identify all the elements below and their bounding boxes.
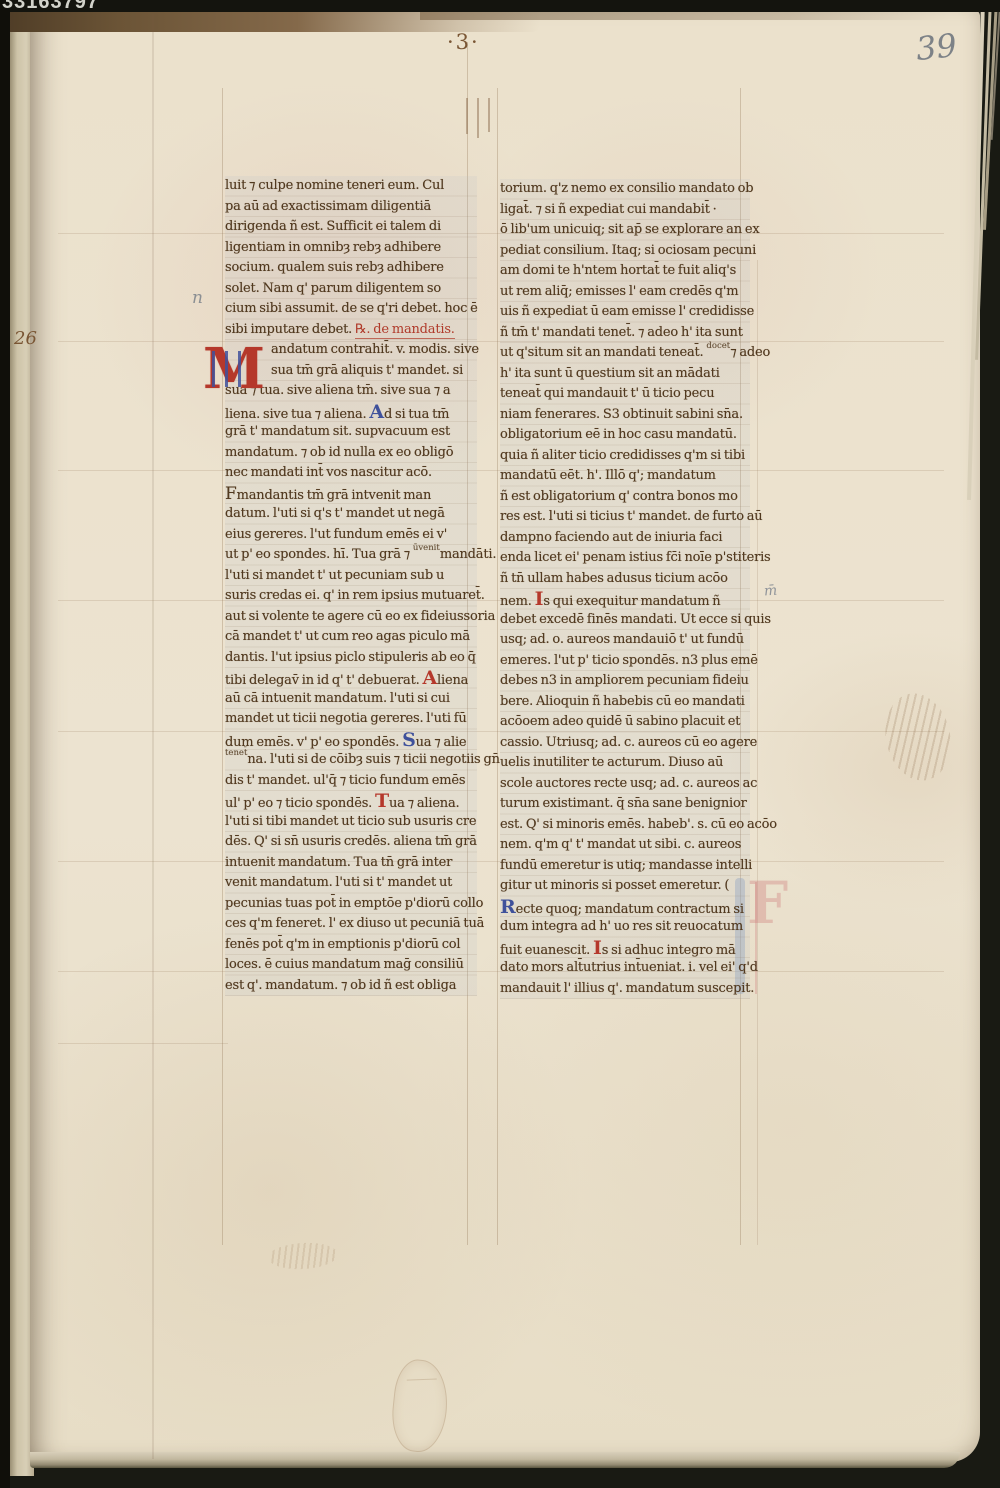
manuscript-line: h' ita sunt ū questium sit an mādati	[500, 364, 750, 385]
decorated-initial-m: M	[203, 341, 265, 397]
ruling-line-right-outer	[757, 260, 758, 1245]
ruling-line-center-b	[497, 88, 498, 1245]
manuscript-line: torium. q'z nemo ex consilio mandato ob	[500, 179, 750, 200]
manuscript-line: debes n3 in ampliorem pecuniam fideiu	[500, 671, 750, 692]
manuscript-line: dis t' mandet. ul'q̄ ⁊ ticio fundum emēs	[225, 771, 477, 792]
manuscript-line: nem. q'm q' t' mandat ut sibi. c. aureos	[500, 835, 750, 856]
manuscript-line: ligentiam in omnibȝ rebȝ adhibere	[225, 238, 477, 259]
manuscript-line: suris credas ei. q' in rem ipsius mutuar…	[225, 586, 477, 607]
manuscript-line: loces. ē cuius mandatum maḡ consiliū	[225, 955, 477, 976]
manuscript-line: dato mors alt̄utrius int̄ueniat. i. vel …	[500, 958, 750, 979]
manuscript-line: dirigenda ñ est. Sufficit ei talem di	[225, 217, 477, 238]
manuscript-line: l'uti si tibi mandet ut ticio sub usuris…	[225, 812, 477, 833]
manuscript-line: acōoem adeo quidē ū sabino placuit et	[500, 712, 750, 733]
manuscript-line: uelis inutiliter te acturum. Diuso aū	[500, 753, 750, 774]
manuscript-line: dampno faciendo aut de iniuria faci	[500, 528, 750, 549]
manuscript-line: ñ est obligatorium q' contra bonos mo	[500, 487, 750, 508]
manuscript-line: ō lib'um unicuiq; sit ap̄ se explorare a…	[500, 220, 750, 241]
manuscript-line: turum existimant. q̄ sn̄a sane benignior	[500, 794, 750, 815]
margin-note-m: m̄	[763, 583, 777, 600]
manuscript-line: ut p' eo spondes. hī. Tua grā ⁊ ūvenitma…	[225, 545, 477, 566]
ruling-line-left-col	[222, 88, 223, 1245]
manuscript-line: ñ tn̄ ullam habes adusus ticium acōo	[500, 569, 750, 590]
manuscript-line: Recte quoq; mandatum contractum si	[500, 897, 750, 918]
page-bottom-edge	[30, 1452, 960, 1468]
manuscript-line: cā mandet t' ut cum reo agas piculo mā	[225, 627, 477, 648]
manuscript-line: ces q'm feneret. l' ex diuso ut pecuniā …	[225, 914, 477, 935]
text-column-right: torium. q'z nemo ex consilio mandato obl…	[500, 179, 750, 999]
manuscript-line: mandatū eēt. h'. Illō q'; mandatum	[500, 466, 750, 487]
folio-number: 39	[914, 26, 958, 68]
manuscript-line: fenēs pot̄ q'm in emptionis p'diorū col	[225, 935, 477, 956]
manuscript-line: socium. qualem suis rebȝ adhibere	[225, 258, 477, 279]
manuscript-line: liena. sive tua ⁊ aliena. Ad si tua tm̄	[225, 402, 477, 423]
manuscript-line: pecunias tuas pot̄ in emptōe p'diorū col…	[225, 894, 477, 915]
manuscript-line: dēs. Q' si sn̄ usuris credēs. aliena tm̄…	[225, 832, 477, 853]
manuscript-line: dantis. l'ut ipsius piclo stipuleris ab …	[225, 648, 477, 669]
margin-number: 26	[14, 328, 37, 349]
manuscript-line: luit ⁊ culpe nomine teneri eum. Cul	[225, 176, 477, 197]
manuscript-line: niam fenerares. S3 obtinuit sabini sn̄a.	[500, 405, 750, 426]
manuscript-line: uis ñ expediat ū eam emisse l' credidiss…	[500, 302, 750, 323]
text-column-left: luit ⁊ culpe nomine teneri eum. Culpa aū…	[225, 176, 477, 996]
manuscript-photo: { "page": { "folio_number": "39", "quire…	[0, 0, 1000, 1488]
manuscript-line: dum integra ad h' uo res sit reuocatum	[500, 917, 750, 938]
manuscript-line: l'uti si mandet t' ut pecuniam sub u	[225, 566, 477, 587]
manuscript-line: ul' p' eo ⁊ ticio spondēs. Tua ⁊ aliena.	[225, 791, 477, 812]
manuscript-line: nem. Is qui exequitur mandatum ñ	[500, 589, 750, 610]
manuscript-line: res est. l'uti si ticius t' mandet. de f…	[500, 507, 750, 528]
quire-mark: ·3·	[447, 30, 480, 54]
gutter-shadow	[0, 0, 10, 1488]
manuscript-line: grā t' mandatum sit. supvacuum est	[225, 422, 477, 443]
manuscript-line: bere. Alioquin ñ habebis cū eo mandati	[500, 692, 750, 713]
shelfmark-stamp: 33163797	[2, 0, 152, 13]
manuscript-line: ut rem aliq̄; emisses l' eam credēs q'm	[500, 282, 750, 303]
manuscript-line: est q'. mandatum. ⁊ ob id ñ est obliga	[225, 976, 477, 997]
manuscript-line: pa aū ad exactissimam diligentiā	[225, 197, 477, 218]
manuscript-line: cassio. Utriusq; ad. c. aureos cū eo age…	[500, 733, 750, 754]
manuscript-line: solet. Nam q' parum diligentem so	[225, 279, 477, 300]
manuscript-line: enda licet ei' penam istius fc̄i noīe p'…	[500, 548, 750, 569]
manuscript-line: Fmandantis tm̄ grā intvenit man	[225, 484, 477, 505]
manuscript-line: usq; ad. o. aureos mandauiō t' ut fundū	[500, 630, 750, 651]
manuscript-line: ut q'situm sit an mandati teneat̄. docet…	[500, 343, 750, 364]
manuscript-line: aū cā intuenit mandatum. l'uti si cui	[225, 689, 477, 710]
manuscript-line: quia ñ aliter ticio credidisses q'm si t…	[500, 446, 750, 467]
fore-edge-stack	[966, 0, 1000, 540]
manuscript-line: est. Q' si minoris emēs. habeb'. s. cū e…	[500, 815, 750, 836]
manuscript-line: pediat consilium. Itaq; si ociosam pecun…	[500, 241, 750, 262]
manuscript-line: mandauit l' illius q'. mandatum suscepit…	[500, 979, 750, 1000]
manuscript-line: am domi te h'ntem hortat̄ te fuit aliq's	[500, 261, 750, 282]
manuscript-line: aut si volente te agere cū eo ex fideius…	[225, 607, 477, 628]
manuscript-line: intuenit mandatum. Tua tn̄ grā inter	[225, 853, 477, 874]
manuscript-line: ligat̄. ⁊ si ñ expediat cui mandabit̄ ·	[500, 200, 750, 221]
manuscript-line: mandet ut ticii negotia gereres. l'uti f…	[225, 709, 477, 730]
manuscript-line: tenet̄ na. l'uti si de cōibȝ suis ⁊ tici…	[225, 750, 477, 771]
manuscript-line: mandatum. ⁊ ob id nulla ex eo obligō	[225, 443, 477, 464]
manuscript-line: gitur ut minoris si posset emeretur. (	[500, 876, 750, 897]
manuscript-line: fundū emeretur is utiq; mandasse intelli	[500, 856, 750, 877]
manuscript-line: datum. l'uti si q's t' mandet ut negā	[225, 504, 477, 525]
manuscript-line: obligatorium eē in hoc casu mandatū.	[500, 425, 750, 446]
manuscript-line: tibi delegav̄ in id q' t' debuerat. Alie…	[225, 668, 477, 689]
manuscript-line: nec mandati int̄ vos nascitur acō.	[225, 463, 477, 484]
manuscript-line: dum emēs. v' p' eo spondēs. Sua ⁊ alie	[225, 730, 477, 751]
manuscript-line: emeres. l'ut p' ticio spondēs. n3 plus e…	[500, 651, 750, 672]
manuscript-line: cium sibi assumit. de se q'ri debet. hoc…	[225, 299, 477, 320]
margin-note-n: n	[192, 288, 203, 308]
manuscript-line: fuit euanescit. Is si adhuc integro mā	[500, 938, 750, 959]
manuscript-line: debet excedē finēs mandati. Ut ecce si q…	[500, 610, 750, 631]
vertical-crease	[152, 14, 154, 1459]
manuscript-line: venit mandatum. l'uti si t' mandet ut	[225, 873, 477, 894]
manuscript-line: teneat̄ qui mandauit t' ū ticio pecu	[500, 384, 750, 405]
ruling-hline-margin	[58, 1043, 228, 1044]
manuscript-line: scole auctores recte usq; ad. c. aureos …	[500, 774, 750, 795]
